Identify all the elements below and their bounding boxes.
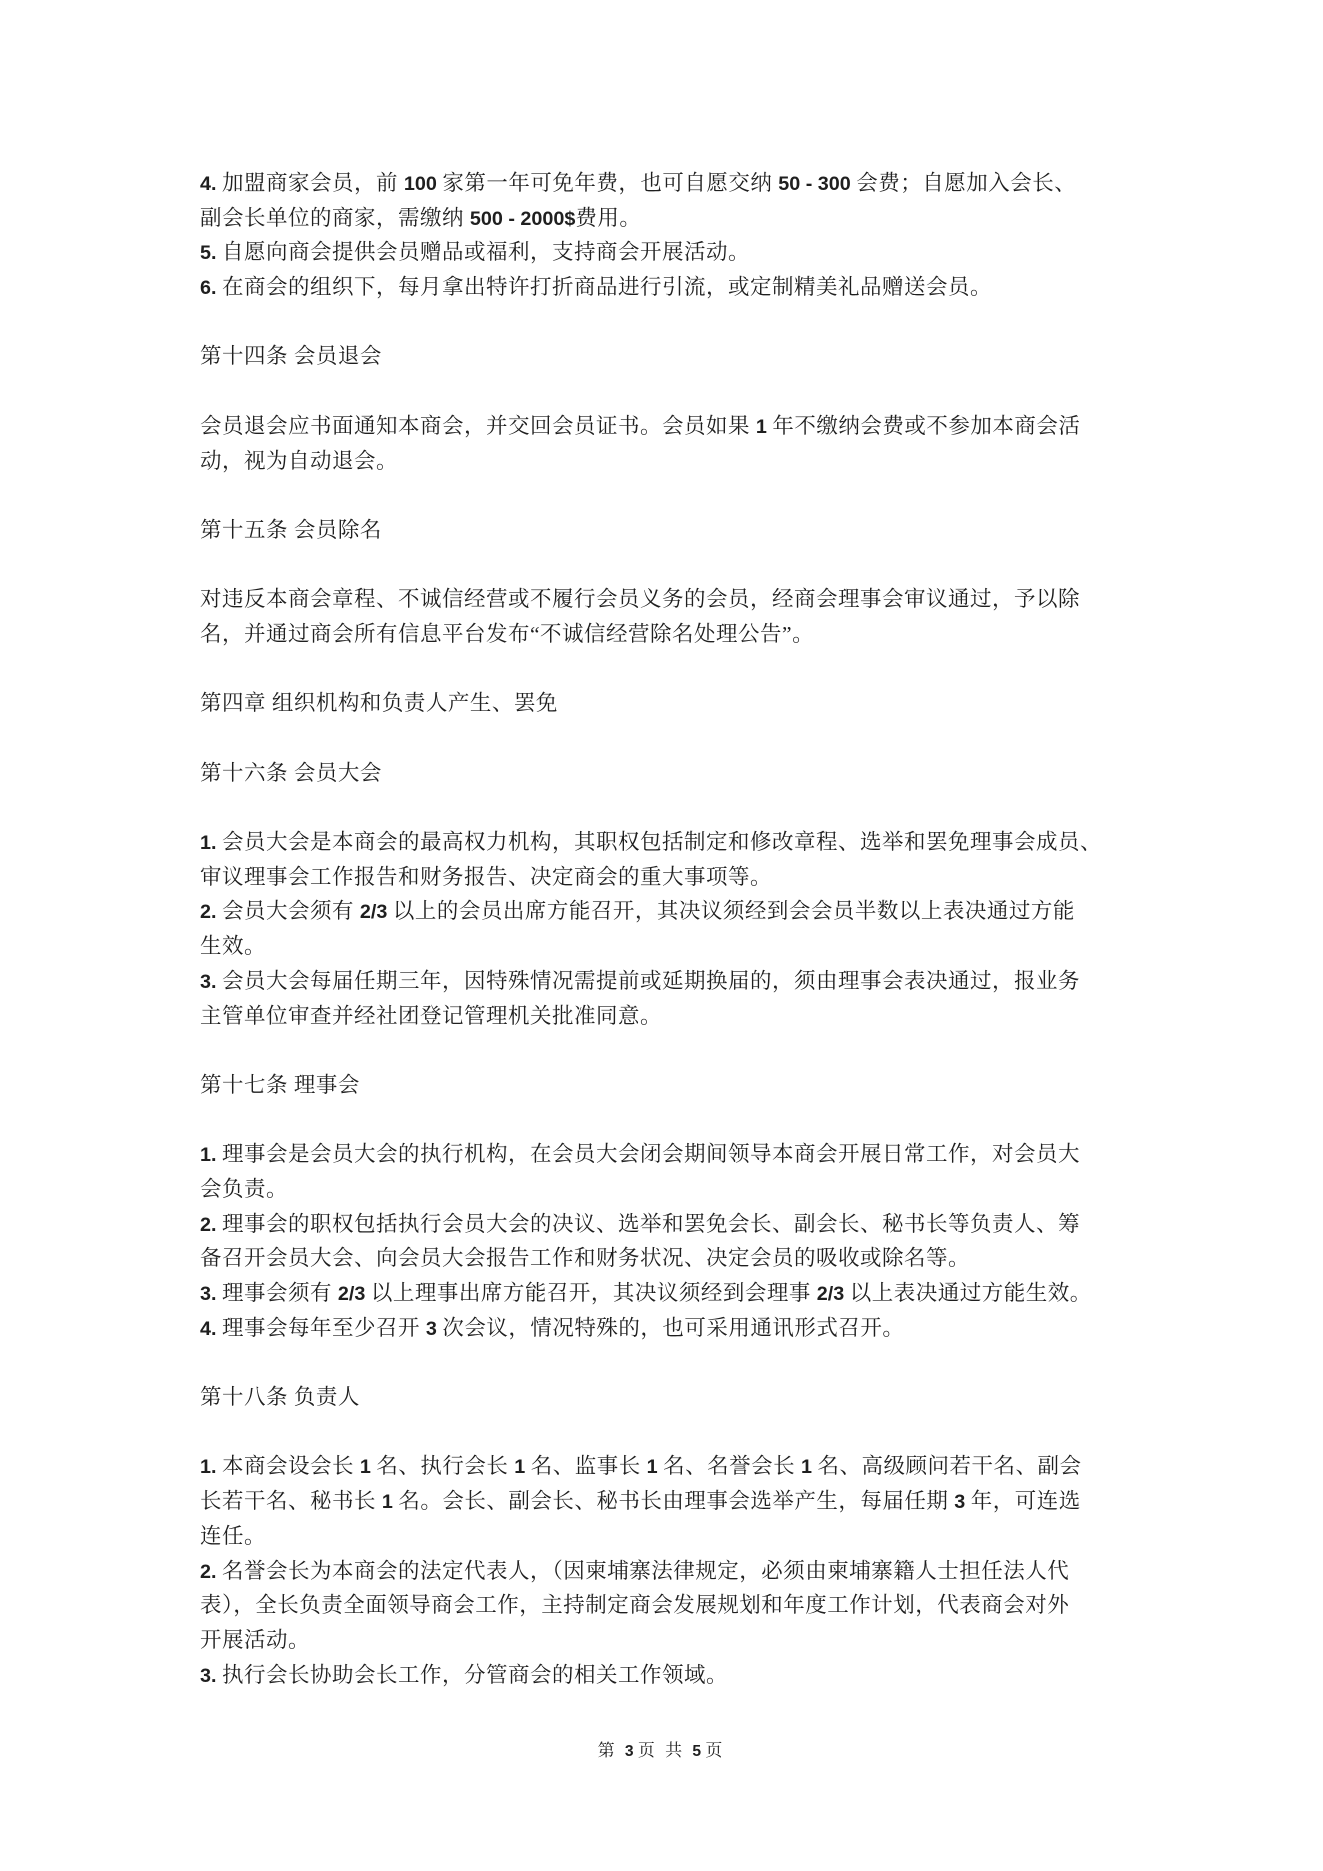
number-text: 100 (404, 173, 442, 195)
number-text: 1. (200, 1144, 222, 1166)
text-line: 4. 加盟商家会员，前 100 家第一年可免年费，也可自愿交纳 50 - 300… (200, 166, 1140, 201)
number-text: 3 (625, 1743, 638, 1760)
text-line: 第十七条 理事会 (200, 1068, 1140, 1103)
text-line: 副会长单位的商家，需缴纳 500 - 2000$费用。 (200, 201, 1140, 236)
paragraph: 1. 会员大会是本商会的最高权力机构，其职权包括制定和修改章程、选举和罢免理事会… (200, 825, 1140, 1033)
number-text: 3. (200, 1665, 222, 1687)
document-body: 4. 加盟商家会员，前 100 家第一年可免年费，也可自愿交纳 50 - 300… (200, 166, 1140, 1692)
number-text: 5 (692, 1743, 705, 1760)
text-line: 1. 本商会设会长 1 名、执行会长 1 名、监事长 1 名、名誉会长 1 名、… (200, 1449, 1140, 1484)
number-text: 2/3 (338, 1283, 371, 1305)
text-line: 3. 会员大会每届任期三年，因特殊情况需提前或延期换届的，须由理事会表决通过，报… (200, 964, 1140, 999)
text-line: 会员退会应书面通知本商会，并交回会员证书。会员如果 1 年不缴纳会费或不参加本商… (200, 409, 1140, 444)
page-number-footer: 第 3 页 共 5 页 (0, 1740, 1323, 1763)
text-line: 开展活动。 (200, 1623, 1140, 1658)
text-line: 4. 理事会每年至少召开 3 次会议，情况特殊的，也可采用通讯形式召开。 (200, 1311, 1140, 1346)
text-line: 1. 理事会是会员大会的执行机构，在会员大会闭会期间领导本商会开展日常工作，对会… (200, 1137, 1140, 1172)
number-text: 4. (200, 1318, 222, 1340)
number-text: 1. (200, 1456, 222, 1478)
text-line: 名，并通过商会所有信息平台发布“不诚信经营除名处理公告”。 (200, 617, 1140, 652)
text-line: 2. 名誉会长为本商会的法定代表人，（因柬埔寨法律规定，必须由柬埔寨籍人士担任法… (200, 1554, 1140, 1589)
number-text: 1 (360, 1456, 376, 1478)
text-line: 6. 在商会的组织下，每月拿出特许打折商品进行引流，或定制精美礼品赠送会员。 (200, 270, 1140, 305)
paragraph: 对违反本商会章程、不诚信经营或不履行会员义务的会员，经商会理事会审议通过，予以除… (200, 582, 1140, 651)
number-text: 3 (426, 1318, 442, 1340)
text-line: 2. 理事会的职权包括执行会员大会的决议、选举和罢免会长、副会长、秘书长等负责人… (200, 1207, 1140, 1242)
number-text: 3. (200, 971, 222, 993)
article-heading: 第十四条 会员退会 (200, 339, 1140, 374)
article-heading: 第十七条 理事会 (200, 1068, 1140, 1103)
text-line: 表），全长负责全面领导商会工作，主持制定商会发展规划和年度工作计划，代表商会对外 (200, 1588, 1140, 1623)
text-line: 3. 执行会长协助会长工作，分管商会的相关工作领域。 (200, 1658, 1140, 1693)
number-text: 2. (200, 901, 222, 923)
text-line: 备召开会员大会、向会员大会报告工作和财务状况、决定会员的吸收或除名等。 (200, 1241, 1140, 1276)
text-line: 审议理事会工作报告和财务报告、决定商会的重大事项等。 (200, 860, 1140, 895)
number-text: 1 (756, 416, 772, 438)
text-line: 长若干名、秘书长 1 名。会长、副会长、秘书长由理事会选举产生，每届任期 3 年… (200, 1484, 1140, 1519)
text-line: 会负责。 (200, 1172, 1140, 1207)
number-text: 3 (954, 1491, 970, 1513)
text-line: 对违反本商会章程、不诚信经营或不履行会员义务的会员，经商会理事会审议通过，予以除 (200, 582, 1140, 617)
number-text: 2/3 (817, 1283, 850, 1305)
number-text: 5. (200, 242, 222, 264)
number-text: 3. (200, 1283, 222, 1305)
paragraph: 1. 本商会设会长 1 名、执行会长 1 名、监事长 1 名、名誉会长 1 名、… (200, 1449, 1140, 1692)
text-line: 第十八条 负责人 (200, 1380, 1140, 1415)
text-line: 主管单位审查并经社团登记管理机关批准同意。 (200, 999, 1140, 1034)
number-text: 6. (200, 277, 222, 299)
number-text: 2. (200, 1214, 222, 1236)
text-line: 连任。 (200, 1519, 1140, 1554)
number-text: 2. (200, 1561, 222, 1583)
text-line: 2. 会员大会须有 2/3 以上的会员出席方能召开，其决议须经到会会员半数以上表… (200, 894, 1140, 929)
text-line: 5. 自愿向商会提供会员赠品或福利，支持商会开展活动。 (200, 235, 1140, 270)
document-page: 4. 加盟商家会员，前 100 家第一年可免年费，也可自愿交纳 50 - 300… (0, 0, 1323, 1871)
article-heading: 第十八条 负责人 (200, 1380, 1140, 1415)
text-line: 3. 理事会须有 2/3 以上理事出席方能召开，其决议须经到会理事 2/3 以上… (200, 1276, 1140, 1311)
number-text: 1. (200, 832, 222, 854)
number-text: 1 (382, 1491, 398, 1513)
text-line: 动，视为自动退会。 (200, 444, 1140, 479)
chapter-heading: 第四章 组织机构和负责人产生、罢免 (200, 686, 1140, 721)
number-text: 2/3 (360, 901, 393, 923)
article-heading: 第十六条 会员大会 (200, 756, 1140, 791)
number-text: 1 (801, 1456, 817, 1478)
number-text: 4. (200, 173, 222, 195)
paragraph: 1. 理事会是会员大会的执行机构，在会员大会闭会期间领导本商会开展日常工作，对会… (200, 1137, 1140, 1345)
text-line: 第十六条 会员大会 (200, 756, 1140, 791)
number-text: 500 - 2000$ (470, 208, 576, 230)
text-line: 第四章 组织机构和负责人产生、罢免 (200, 686, 1140, 721)
number-text: 1 (647, 1456, 663, 1478)
number-text: 50 - 300 (778, 173, 856, 195)
text-line: 第十四条 会员退会 (200, 339, 1140, 374)
text-line: 第十五条 会员除名 (200, 513, 1140, 548)
number-text: 1 (514, 1456, 530, 1478)
article-heading: 第十五条 会员除名 (200, 513, 1140, 548)
text-line: 生效。 (200, 929, 1140, 964)
text-line: 1. 会员大会是本商会的最高权力机构，其职权包括制定和修改章程、选举和罢免理事会… (200, 825, 1140, 860)
paragraph: 4. 加盟商家会员，前 100 家第一年可免年费，也可自愿交纳 50 - 300… (200, 166, 1140, 305)
paragraph: 会员退会应书面通知本商会，并交回会员证书。会员如果 1 年不缴纳会费或不参加本商… (200, 409, 1140, 478)
